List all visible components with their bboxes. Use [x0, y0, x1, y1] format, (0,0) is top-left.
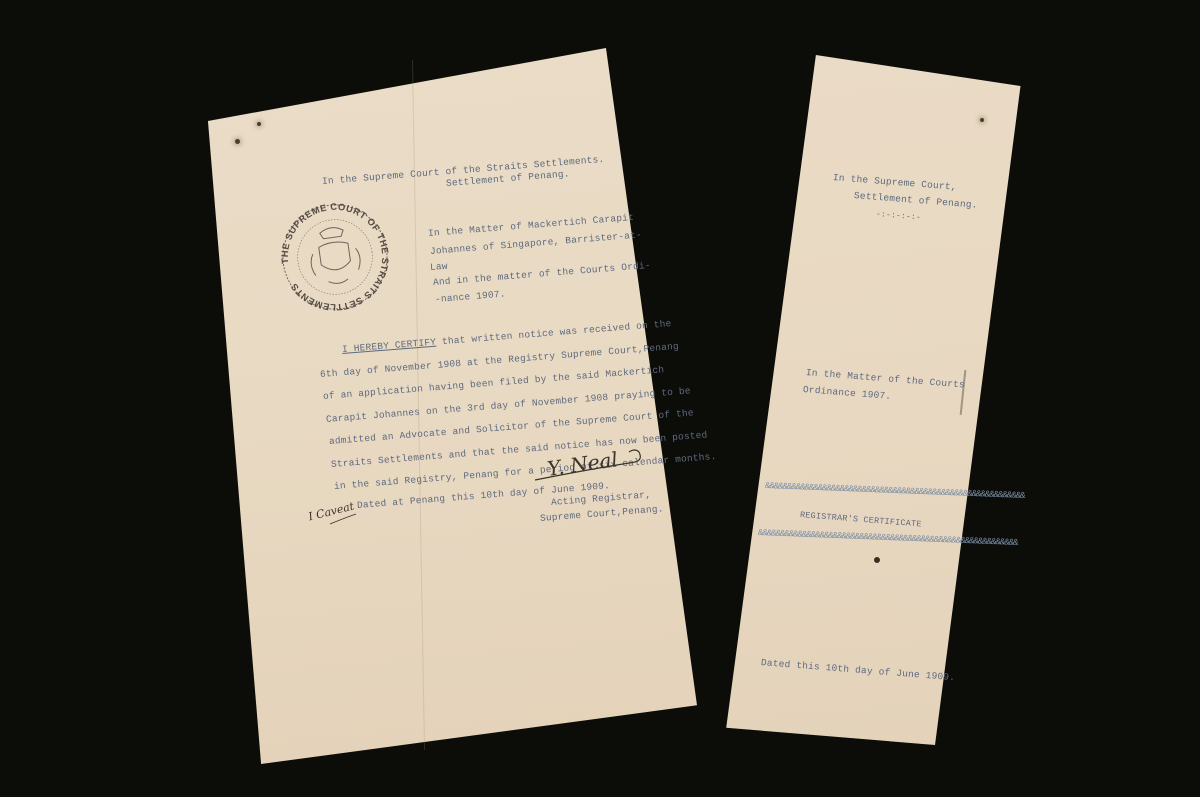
signature-flourish	[530, 448, 645, 488]
court-seal-icon: THE SUPREME COURT OF THE STRAITS SETTLEM…	[269, 194, 401, 319]
pin-hole	[235, 139, 240, 144]
pin-hole	[980, 118, 984, 122]
left-matter-line3: Law	[430, 261, 449, 273]
caveat-underline	[328, 512, 358, 526]
svg-text:THE SUPREME COURT OF THE STRAI: THE SUPREME COURT OF THE STRAITS SETTLEM…	[273, 195, 398, 320]
ink-spot	[874, 557, 880, 563]
pin-hole	[257, 122, 261, 126]
